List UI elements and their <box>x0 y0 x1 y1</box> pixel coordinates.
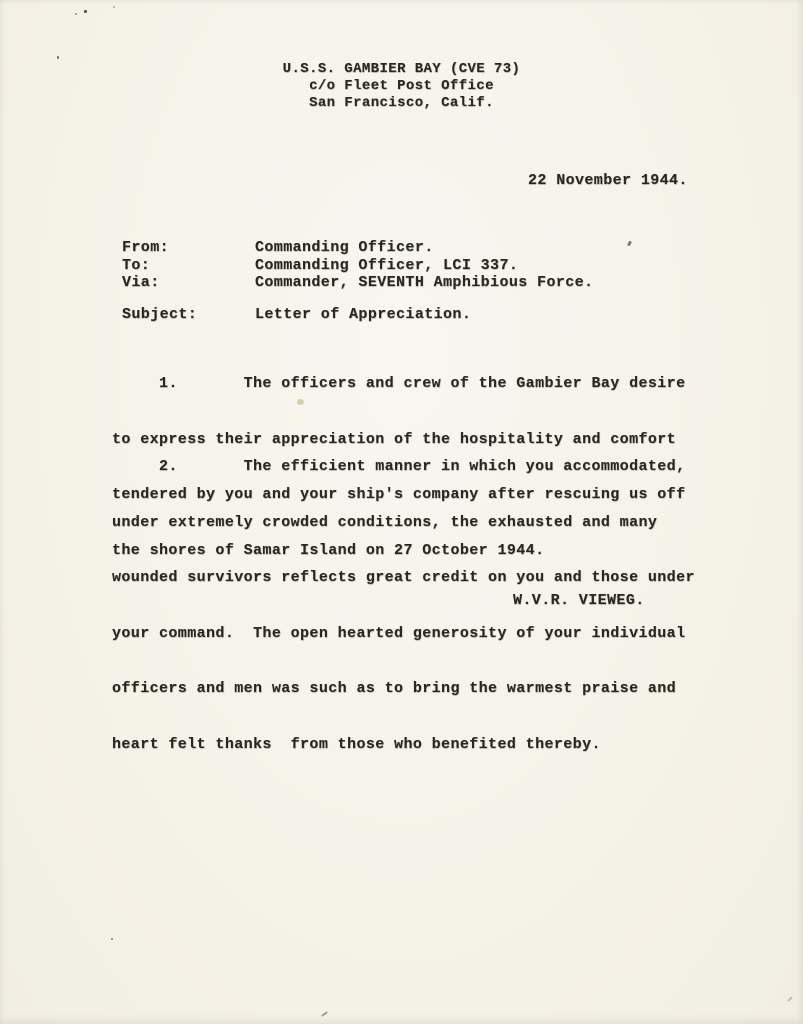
letterhead: U.S.S. GAMBIER BAY (CVE 73) c/o Fleet Po… <box>0 61 803 112</box>
from-value: Commanding Officer. <box>255 239 434 257</box>
paper-stain <box>297 399 304 405</box>
paper-speck <box>321 1011 328 1017</box>
paragraph-1-line: 1. The officers and crew of the Gambier … <box>112 375 686 394</box>
paragraph-2-line: heart felt thanks from those who benefit… <box>112 736 695 755</box>
letter-page: U.S.S. GAMBIER BAY (CVE 73) c/o Fleet Po… <box>0 0 803 1024</box>
to-value: Commanding Officer, LCI 337. <box>255 257 518 275</box>
paper-speck <box>57 56 59 59</box>
signature: W.V.R. VIEWEG. <box>513 592 645 609</box>
to-label: To: <box>122 257 255 275</box>
header-fields: From: Commanding Officer. To: Commanding… <box>122 239 682 292</box>
via-value: Commander, SEVENTH Amphibious Force. <box>255 274 593 292</box>
paragraph-2-line: under extremely crowded conditions, the … <box>112 514 695 533</box>
letterhead-address-line1: c/o Fleet Post Office <box>0 78 803 95</box>
paper-speck <box>84 10 87 13</box>
subject-label: Subject: <box>122 306 255 323</box>
via-label: Via: <box>122 274 255 292</box>
paragraph-2-line: wounded survivors reflects great credit … <box>112 569 695 588</box>
to-row: To: Commanding Officer, LCI 337. <box>122 257 682 275</box>
paper-speck <box>75 13 77 15</box>
subject-value: Letter of Appreciation. <box>255 306 471 323</box>
via-row: Via: Commander, SEVENTH Amphibious Force… <box>122 274 682 292</box>
date-line: 22 November 1944. <box>528 172 688 189</box>
paper-speck <box>787 996 793 1002</box>
from-row: From: Commanding Officer. <box>122 239 682 257</box>
paragraph-2-line: 2. The efficient manner in which you acc… <box>112 458 695 477</box>
paper-speck <box>113 6 115 8</box>
ship-name: U.S.S. GAMBIER BAY (CVE 73) <box>0 61 803 78</box>
from-label: From: <box>122 239 255 257</box>
paper-speck <box>111 938 113 940</box>
paragraph-2-line: officers and men was such as to bring th… <box>112 680 695 699</box>
letterhead-address-line2: San Francisco, Calif. <box>0 95 803 112</box>
paragraph-2-line: your command. The open hearted generosit… <box>112 625 695 644</box>
subject-row: Subject: Letter of Appreciation. <box>122 306 682 323</box>
